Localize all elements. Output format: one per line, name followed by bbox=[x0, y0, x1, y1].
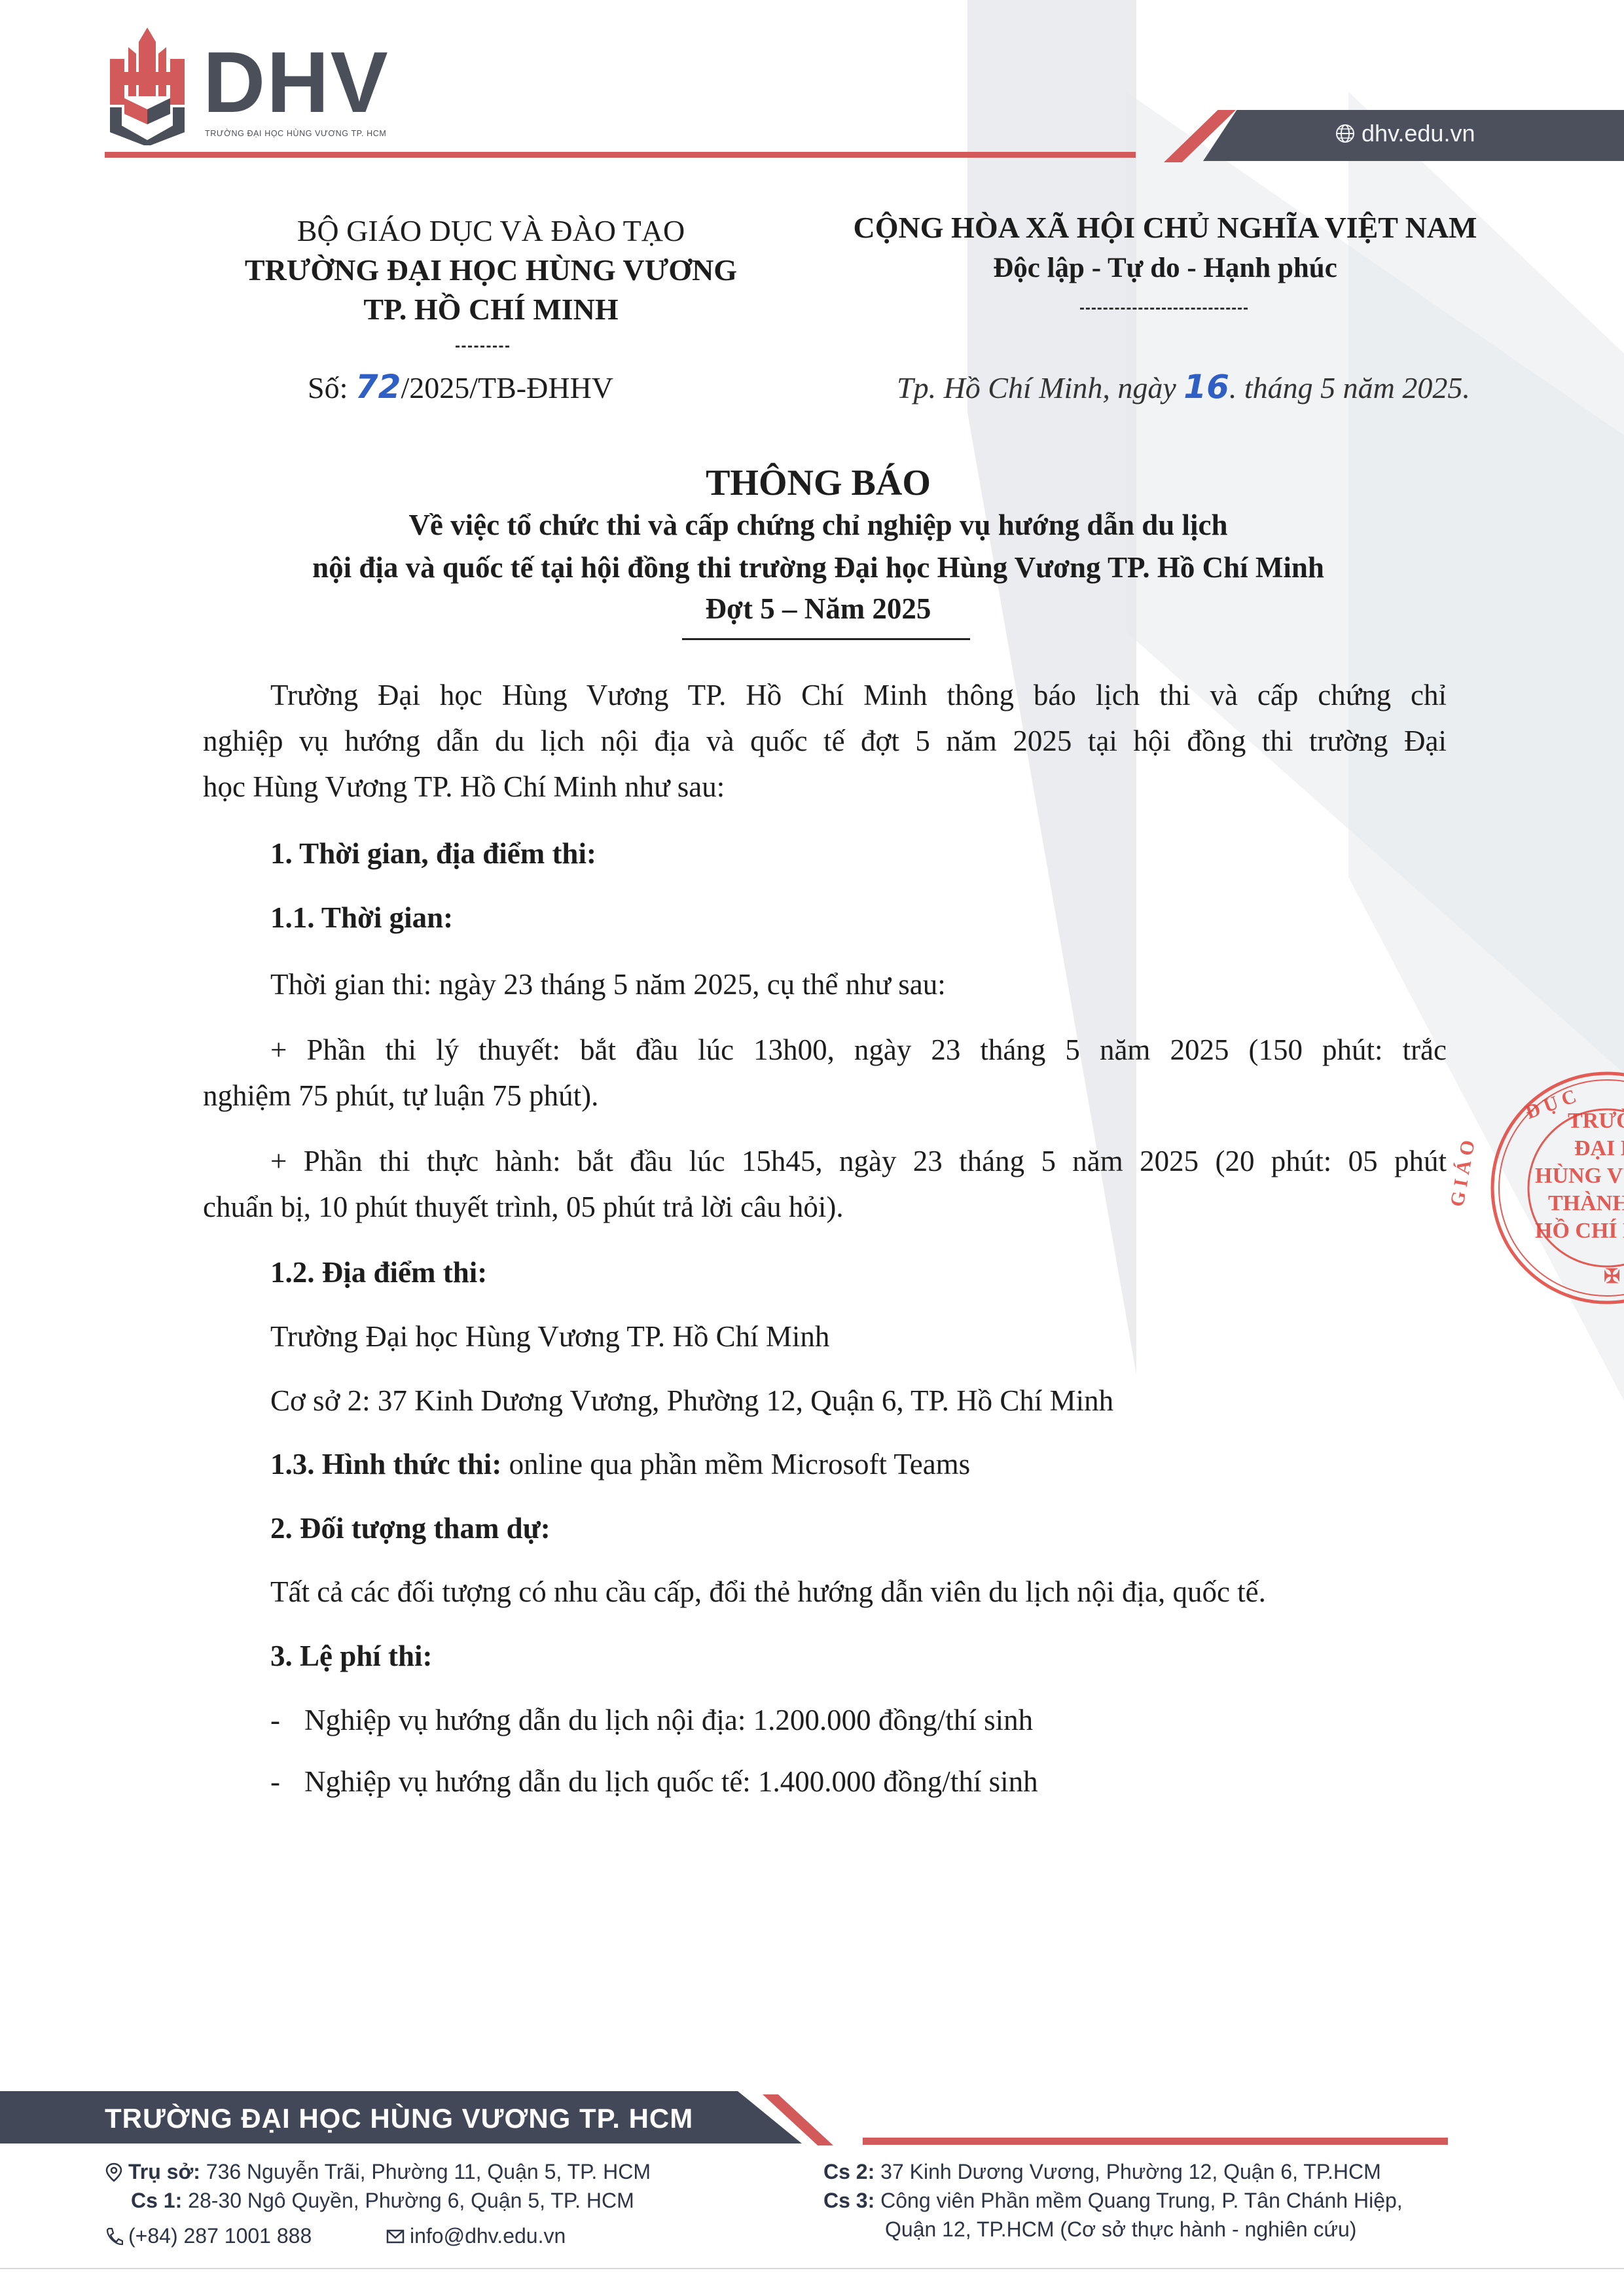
svg-text:THÀNH P: THÀNH P bbox=[1548, 1191, 1624, 1215]
date-suffix: . tháng 5 năm 2025. bbox=[1229, 371, 1470, 404]
audience-line: Tất cả các đối tượng có nhu cầu cấp, đổi… bbox=[270, 1577, 1514, 1607]
hq-address: 736 Nguyễn Trãi, Phường 11, Quận 5, TP. … bbox=[200, 2160, 651, 2183]
intro-line: Trường Đại học Hùng Vương TP. Hồ Chí Min… bbox=[270, 681, 1447, 710]
fee-text: Nghiệp vụ hướng dẫn du lịch quốc tế: 1.4… bbox=[304, 1765, 1038, 1798]
phone-number: (+84) 287 1001 888 bbox=[128, 2224, 312, 2248]
fee-text: Nghiệp vụ hướng dẫn du lịch nội địa: 1.2… bbox=[304, 1704, 1033, 1736]
doc-number-label: Số: bbox=[308, 371, 355, 404]
cs3-address-line-1: Công viên Phần mềm Quang Trung, P. Tân C… bbox=[875, 2189, 1402, 2212]
logo-subtitle: TRƯỜNG ĐẠI HỌC HÙNG VƯƠNG TP. HCM bbox=[205, 129, 386, 138]
date-prefix: Tp. Hồ Chí Minh, ngày bbox=[897, 371, 1183, 404]
university-city: TP. HỒ CHÍ MINH bbox=[164, 295, 818, 325]
exam-format-line: 1.3. Hình thức thi: online qua phần mềm … bbox=[270, 1450, 1514, 1479]
svg-text:✠: ✠ bbox=[1604, 1266, 1620, 1287]
footer-red-line bbox=[863, 2138, 1448, 2145]
section-3-heading-text: 3. Lệ phí thi: bbox=[270, 1640, 433, 1672]
theory-exam-line: + Phần thi lý thuyết: bắt đầu lúc 13h00,… bbox=[270, 1035, 1447, 1065]
exam-format-value: online qua phần mềm Microsoft Teams bbox=[501, 1448, 970, 1480]
intro-line: nghiệp vụ hướng dẫn du lịch nội địa và q… bbox=[203, 726, 1447, 756]
document-heading: THÔNG BÁO bbox=[131, 465, 1506, 501]
fee-item: -Nghiệp vụ hướng dẫn du lịch quốc tế: 1.… bbox=[270, 1767, 1038, 1797]
footer-headquarters: Trụ sở: 736 Nguyễn Trãi, Phường 11, Quận… bbox=[105, 2161, 651, 2182]
document-date: Tp. Hồ Chí Minh, ngày 16. tháng 5 năm 20… bbox=[897, 368, 1470, 406]
svg-text:ĐẠI HỌ: ĐẠI HỌ bbox=[1574, 1136, 1624, 1160]
university-name: TRƯỜNG ĐẠI HỌC HÙNG VƯƠNG bbox=[164, 255, 818, 285]
svg-text:HÙNG VƯ: HÙNG VƯ bbox=[1535, 1163, 1624, 1188]
location-pin-icon bbox=[105, 2162, 123, 2182]
handwritten-number: 72 bbox=[355, 368, 401, 406]
theory-exam-line: nghiệm 75 phút, tự luận 75 phút). bbox=[203, 1081, 1447, 1111]
section-3-heading: 3. Lệ phí thi: bbox=[270, 1641, 1514, 1671]
svg-text:HỒ CHÍ M: HỒ CHÍ M bbox=[1535, 1217, 1624, 1243]
mail-icon bbox=[386, 2227, 405, 2246]
venue-address: Cơ sở 2: 37 Kinh Dương Vương, Phường 12,… bbox=[270, 1386, 1514, 1416]
footer-campus-3: Cs 3: Công viên Phần mềm Quang Trung, P.… bbox=[823, 2190, 1403, 2211]
university-logo: DHV TRƯỜNG ĐẠI HỌC HÙNG VƯƠNG TP. HCM bbox=[105, 27, 425, 145]
website-text: dhv.edu.vn bbox=[1362, 120, 1475, 147]
section-2-heading: 2. Đối tượng tham dự: bbox=[270, 1514, 1514, 1543]
document-subject-line-1: Về việc tổ chức thi và cấp chứng chỉ ngh… bbox=[131, 511, 1506, 540]
national-title: CỘNG HÒA XÃ HỘI CHỦ NGHĨA VIỆT NAM bbox=[818, 213, 1512, 243]
section-1-2-heading-text: 1.2. Địa điểm thi: bbox=[270, 1256, 487, 1289]
cs1-label: Cs 1: bbox=[131, 2189, 182, 2212]
section-1-heading-text: 1. Thời gian, địa điểm thi: bbox=[270, 837, 596, 870]
practice-exam-line: chuẩn bị, 10 phút thuyết trình, 05 phút … bbox=[203, 1193, 1447, 1222]
globe-icon bbox=[1335, 124, 1355, 143]
doc-number-suffix: /2025/TB-ĐHHV bbox=[401, 371, 613, 404]
national-motto: Độc lập - Tự do - Hạnh phúc bbox=[818, 254, 1512, 282]
footer-email[interactable]: info@dhv.edu.vn bbox=[386, 2225, 566, 2246]
footer-campus-1: Cs 1: 28-30 Ngô Quyền, Phường 6, Quận 5,… bbox=[131, 2190, 634, 2211]
svg-text:G I Á O: G I Á O bbox=[1446, 1139, 1479, 1209]
section-1-2-heading: 1.2. Địa điểm thi: bbox=[270, 1258, 1514, 1287]
seal-icon: Đ Ụ C G I Á O TRƯỜN ĐẠI HỌ HÙNG VƯ THÀNH… bbox=[1437, 1064, 1624, 1306]
phone-icon bbox=[105, 2227, 123, 2246]
footer-phone[interactable]: (+84) 287 1001 888 bbox=[105, 2225, 312, 2246]
exam-date-line: Thời gian thi: ngày 23 tháng 5 năm 2025,… bbox=[270, 970, 1514, 999]
section-2-heading-text: 2. Đối tượng tham dự: bbox=[270, 1512, 550, 1545]
footer-university-name: TRƯỜNG ĐẠI HỌC HÙNG VƯƠNG TP. HCM bbox=[105, 2103, 693, 2134]
separator-dashes bbox=[456, 346, 509, 348]
svg-text:TRƯỜN: TRƯỜN bbox=[1568, 1108, 1624, 1133]
email-address: info@dhv.edu.vn bbox=[410, 2224, 566, 2248]
footer-bottom-rule bbox=[0, 2268, 1624, 2269]
exam-format-label: 1.3. Hình thức thi: bbox=[270, 1448, 501, 1480]
dhv-shield-icon bbox=[105, 27, 190, 145]
ministry-name: BỘ GIÁO DỤC VÀ ĐÀO TẠO bbox=[164, 216, 818, 246]
separator-dashes bbox=[1080, 308, 1248, 310]
document-subject-line-3: Đợt 5 – Năm 2025 bbox=[131, 594, 1506, 624]
practice-exam-line: + Phần thi thực hành: bắt đầu lúc 15h45,… bbox=[270, 1147, 1447, 1176]
list-bullet: - bbox=[270, 1706, 304, 1735]
section-1-1-heading: 1.1. Thời gian: bbox=[270, 903, 1514, 933]
title-underline bbox=[682, 638, 970, 640]
handwritten-day: 16 bbox=[1183, 368, 1229, 406]
cs3-label: Cs 3: bbox=[823, 2189, 875, 2212]
hq-label: Trụ sở: bbox=[128, 2160, 200, 2183]
list-bullet: - bbox=[270, 1767, 304, 1797]
header-red-line bbox=[105, 152, 1136, 158]
venue-name: Trường Đại học Hùng Vương TP. Hồ Chí Min… bbox=[270, 1322, 1514, 1352]
cs2-address: 37 Kinh Dương Vương, Phường 12, Quận 6, … bbox=[875, 2160, 1381, 2183]
document-subject-line-2: nội địa và quốc tế tại hội đồng thi trườ… bbox=[131, 553, 1506, 583]
fee-item: -Nghiệp vụ hướng dẫn du lịch nội địa: 1.… bbox=[270, 1706, 1033, 1735]
intro-line: học Hùng Vương TP. Hồ Chí Minh như sau: bbox=[203, 772, 1447, 802]
cs2-label: Cs 2: bbox=[823, 2160, 875, 2183]
section-1-1-heading-text: 1.1. Thời gian: bbox=[270, 901, 453, 934]
section-1-heading: 1. Thời gian, địa điểm thi: bbox=[270, 839, 1514, 869]
official-red-stamp: Đ Ụ C G I Á O TRƯỜN ĐẠI HỌ HÙNG VƯ THÀNH… bbox=[1437, 1064, 1624, 1306]
logo-wordmark: DHV bbox=[203, 39, 389, 126]
website-link[interactable]: dhv.edu.vn bbox=[1335, 120, 1475, 147]
footer-campus-2: Cs 2: 37 Kinh Dương Vương, Phường 12, Qu… bbox=[823, 2161, 1381, 2182]
document-number: Số: 72/2025/TB-ĐHHV bbox=[308, 368, 613, 406]
cs1-address: 28-30 Ngô Quyền, Phường 6, Quận 5, TP. H… bbox=[182, 2189, 634, 2212]
footer-campus-3-line-2: Quận 12, TP.HCM (Cơ sở thực hành - nghiê… bbox=[885, 2219, 1356, 2240]
